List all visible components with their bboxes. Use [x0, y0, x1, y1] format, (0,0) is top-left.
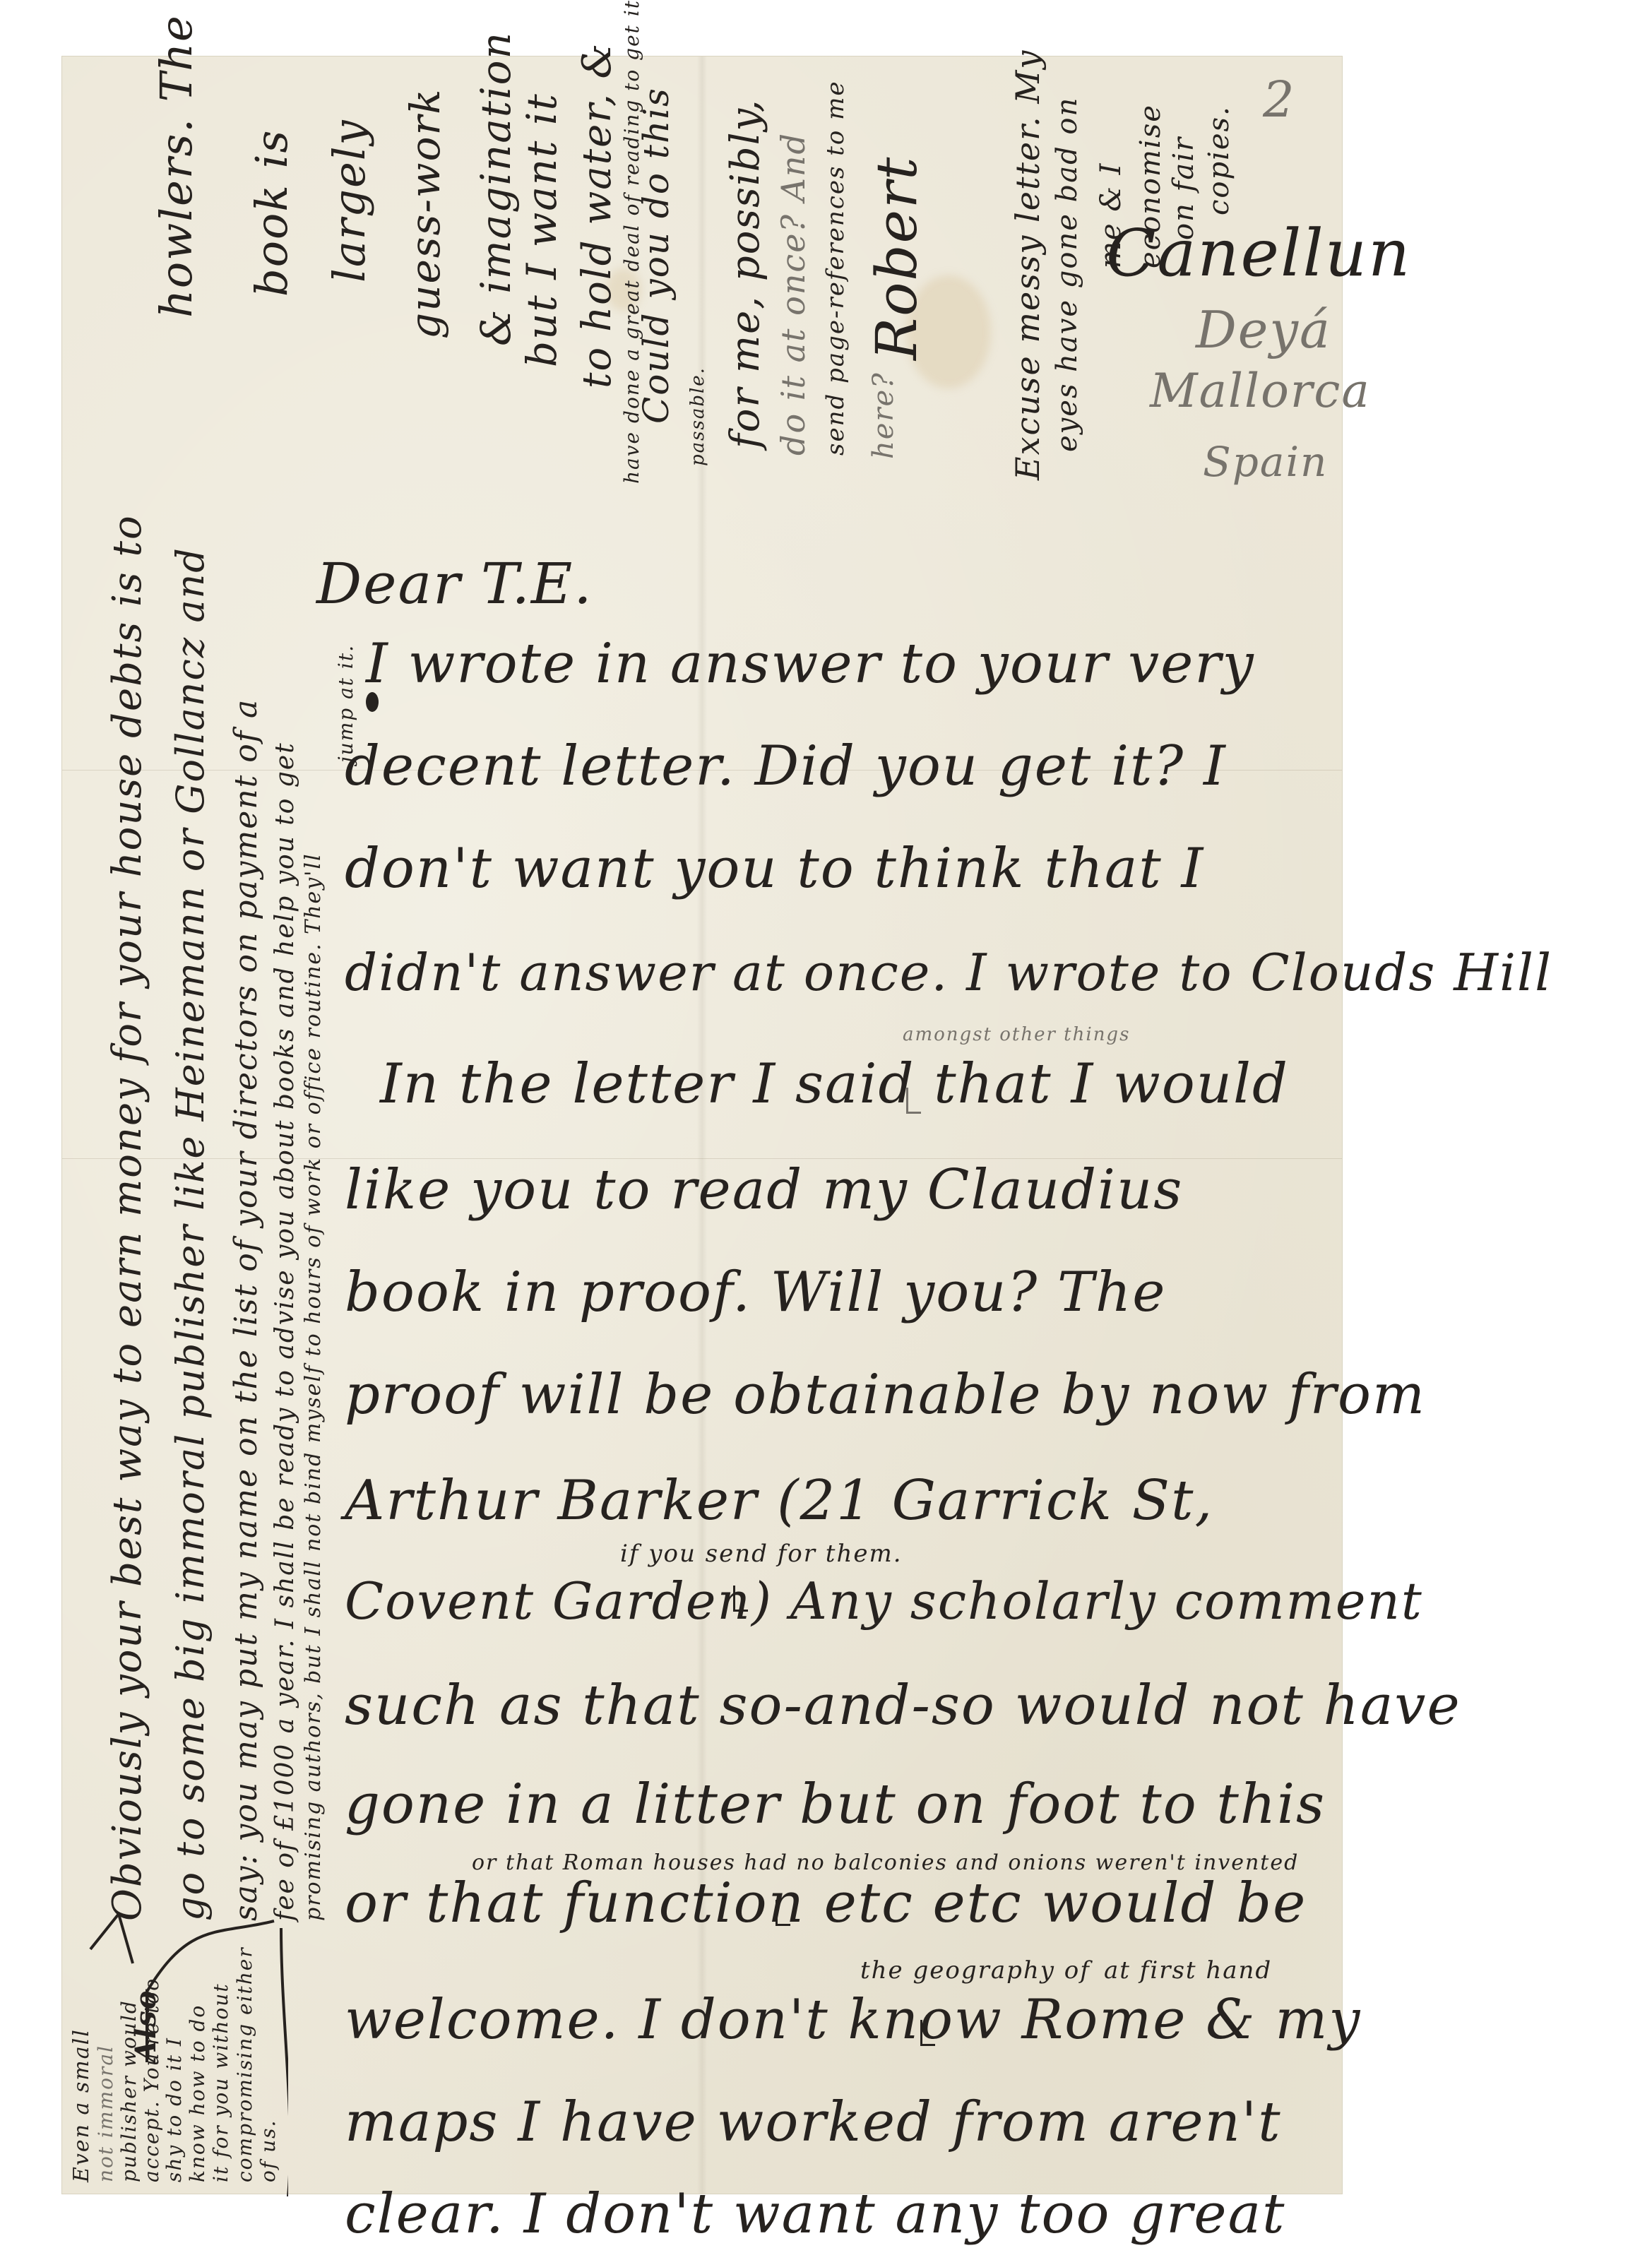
address-line-3: Mallorca	[1150, 364, 1371, 418]
top-column-line: for me, possibly,	[723, 98, 768, 448]
postscript-line: me & I	[1095, 162, 1127, 268]
body-line: maps I have worked from aren't	[345, 2090, 1282, 2154]
margin-line: go to some big immoral publisher like He…	[168, 547, 213, 1921]
top-column-line: here?	[867, 371, 900, 459]
ink-blot	[366, 692, 379, 712]
postscript-line: Excuse messy letter. My	[1009, 49, 1047, 480]
corner-note-line: of us.	[256, 2119, 280, 2182]
address-line-2: Deyá	[1196, 300, 1331, 359]
margin-line: jump at it.	[334, 644, 357, 763]
top-column-line: send page-references to me	[821, 80, 850, 456]
postscript-line: copies.	[1203, 105, 1235, 215]
corner-note-line: Even a small	[69, 2028, 94, 2182]
body-line: Arthur Barker (21 Garrick St,	[345, 1469, 1213, 1533]
corner-note-line: know how to do	[186, 2004, 209, 2182]
margin-line: say: you may put my name on the list of …	[228, 698, 264, 1921]
margin-line: promising authors, but I shall not bind …	[301, 852, 326, 1921]
postscript-line: economise	[1134, 104, 1167, 268]
insertion-amongst-other-things: amongst other things	[903, 1024, 1130, 1045]
body-line: decent letter. Did you get it? I	[345, 734, 1227, 798]
corner-note-line: compromising either	[233, 1946, 256, 2182]
body-line: In the letter I said that I would	[380, 1052, 1289, 1116]
insertion-caret	[920, 2020, 935, 2046]
body-line: or that function etc etc would be	[345, 1872, 1307, 1935]
postscript-line: on fair	[1167, 136, 1200, 240]
top-column-line: to hold water, &	[574, 42, 620, 388]
top-column-line: passable.	[687, 367, 708, 466]
insertion-caret	[733, 1586, 748, 1612]
postscript-line: eyes have gone bad on	[1051, 97, 1083, 452]
margin-line: Obviously your best way to earn money fo…	[105, 514, 150, 1921]
top-column-line: howlers. The	[150, 14, 202, 318]
top-column-line: & imagination	[472, 31, 520, 346]
body-line: welcome. I don't know Rome & my	[345, 1988, 1361, 2052]
body-line: like you to read my Claudius	[345, 1158, 1183, 1222]
insertion-geography: the geography of	[860, 1956, 1091, 1985]
top-column-line: guess-work	[401, 88, 449, 339]
top-column-line: largely	[323, 119, 375, 282]
margin-line: fee of £1000 a year. I shall be ready to…	[271, 742, 299, 1921]
insertion-caret	[906, 1088, 921, 1114]
body-line: I wrote in answer to your very	[366, 632, 1255, 696]
corner-note-line: shy to do it I	[162, 2037, 186, 2182]
body-line: proof will be obtainable by now from	[345, 1363, 1426, 1427]
top-column-line: book is	[246, 129, 297, 297]
signature: Robert	[864, 156, 929, 360]
body-line: don't want you to think that I	[345, 837, 1204, 900]
insertion-caret	[776, 1900, 790, 1926]
top-column-line: do it at once? And	[774, 132, 812, 456]
struck-word: Also	[129, 1990, 162, 2062]
corner-note-line: it for you without	[209, 1982, 232, 2182]
top-column-line: Could you do this	[636, 87, 677, 424]
body-line: book in proof. Will you? The	[345, 1261, 1166, 1324]
insertion-first-hand: at first hand	[1104, 1956, 1272, 1985]
corner-note-line: not immoral	[94, 2045, 117, 2182]
body-line: clear. I don't want any too great	[345, 2182, 1285, 2246]
insertion-if-you-send: if you send for them.	[620, 1540, 903, 1568]
body-line: such as that so-and-so would not have	[345, 1674, 1461, 1737]
body-line: didn't answer at once. I wrote to Clouds…	[345, 943, 1552, 1002]
letter-page: 2 Canellun Deyá Mallorca Spain Excuse me…	[62, 56, 1342, 2194]
salutation: Dear T.E.	[316, 551, 593, 617]
page-number: 2	[1263, 71, 1296, 129]
top-column-line: but I want it	[518, 93, 566, 367]
body-line: Covent Garden) Any scholarly comment	[345, 1571, 1423, 1631]
body-line: gone in a litter but on foot to this	[345, 1773, 1326, 1836]
address-line-4: Spain	[1203, 438, 1328, 486]
